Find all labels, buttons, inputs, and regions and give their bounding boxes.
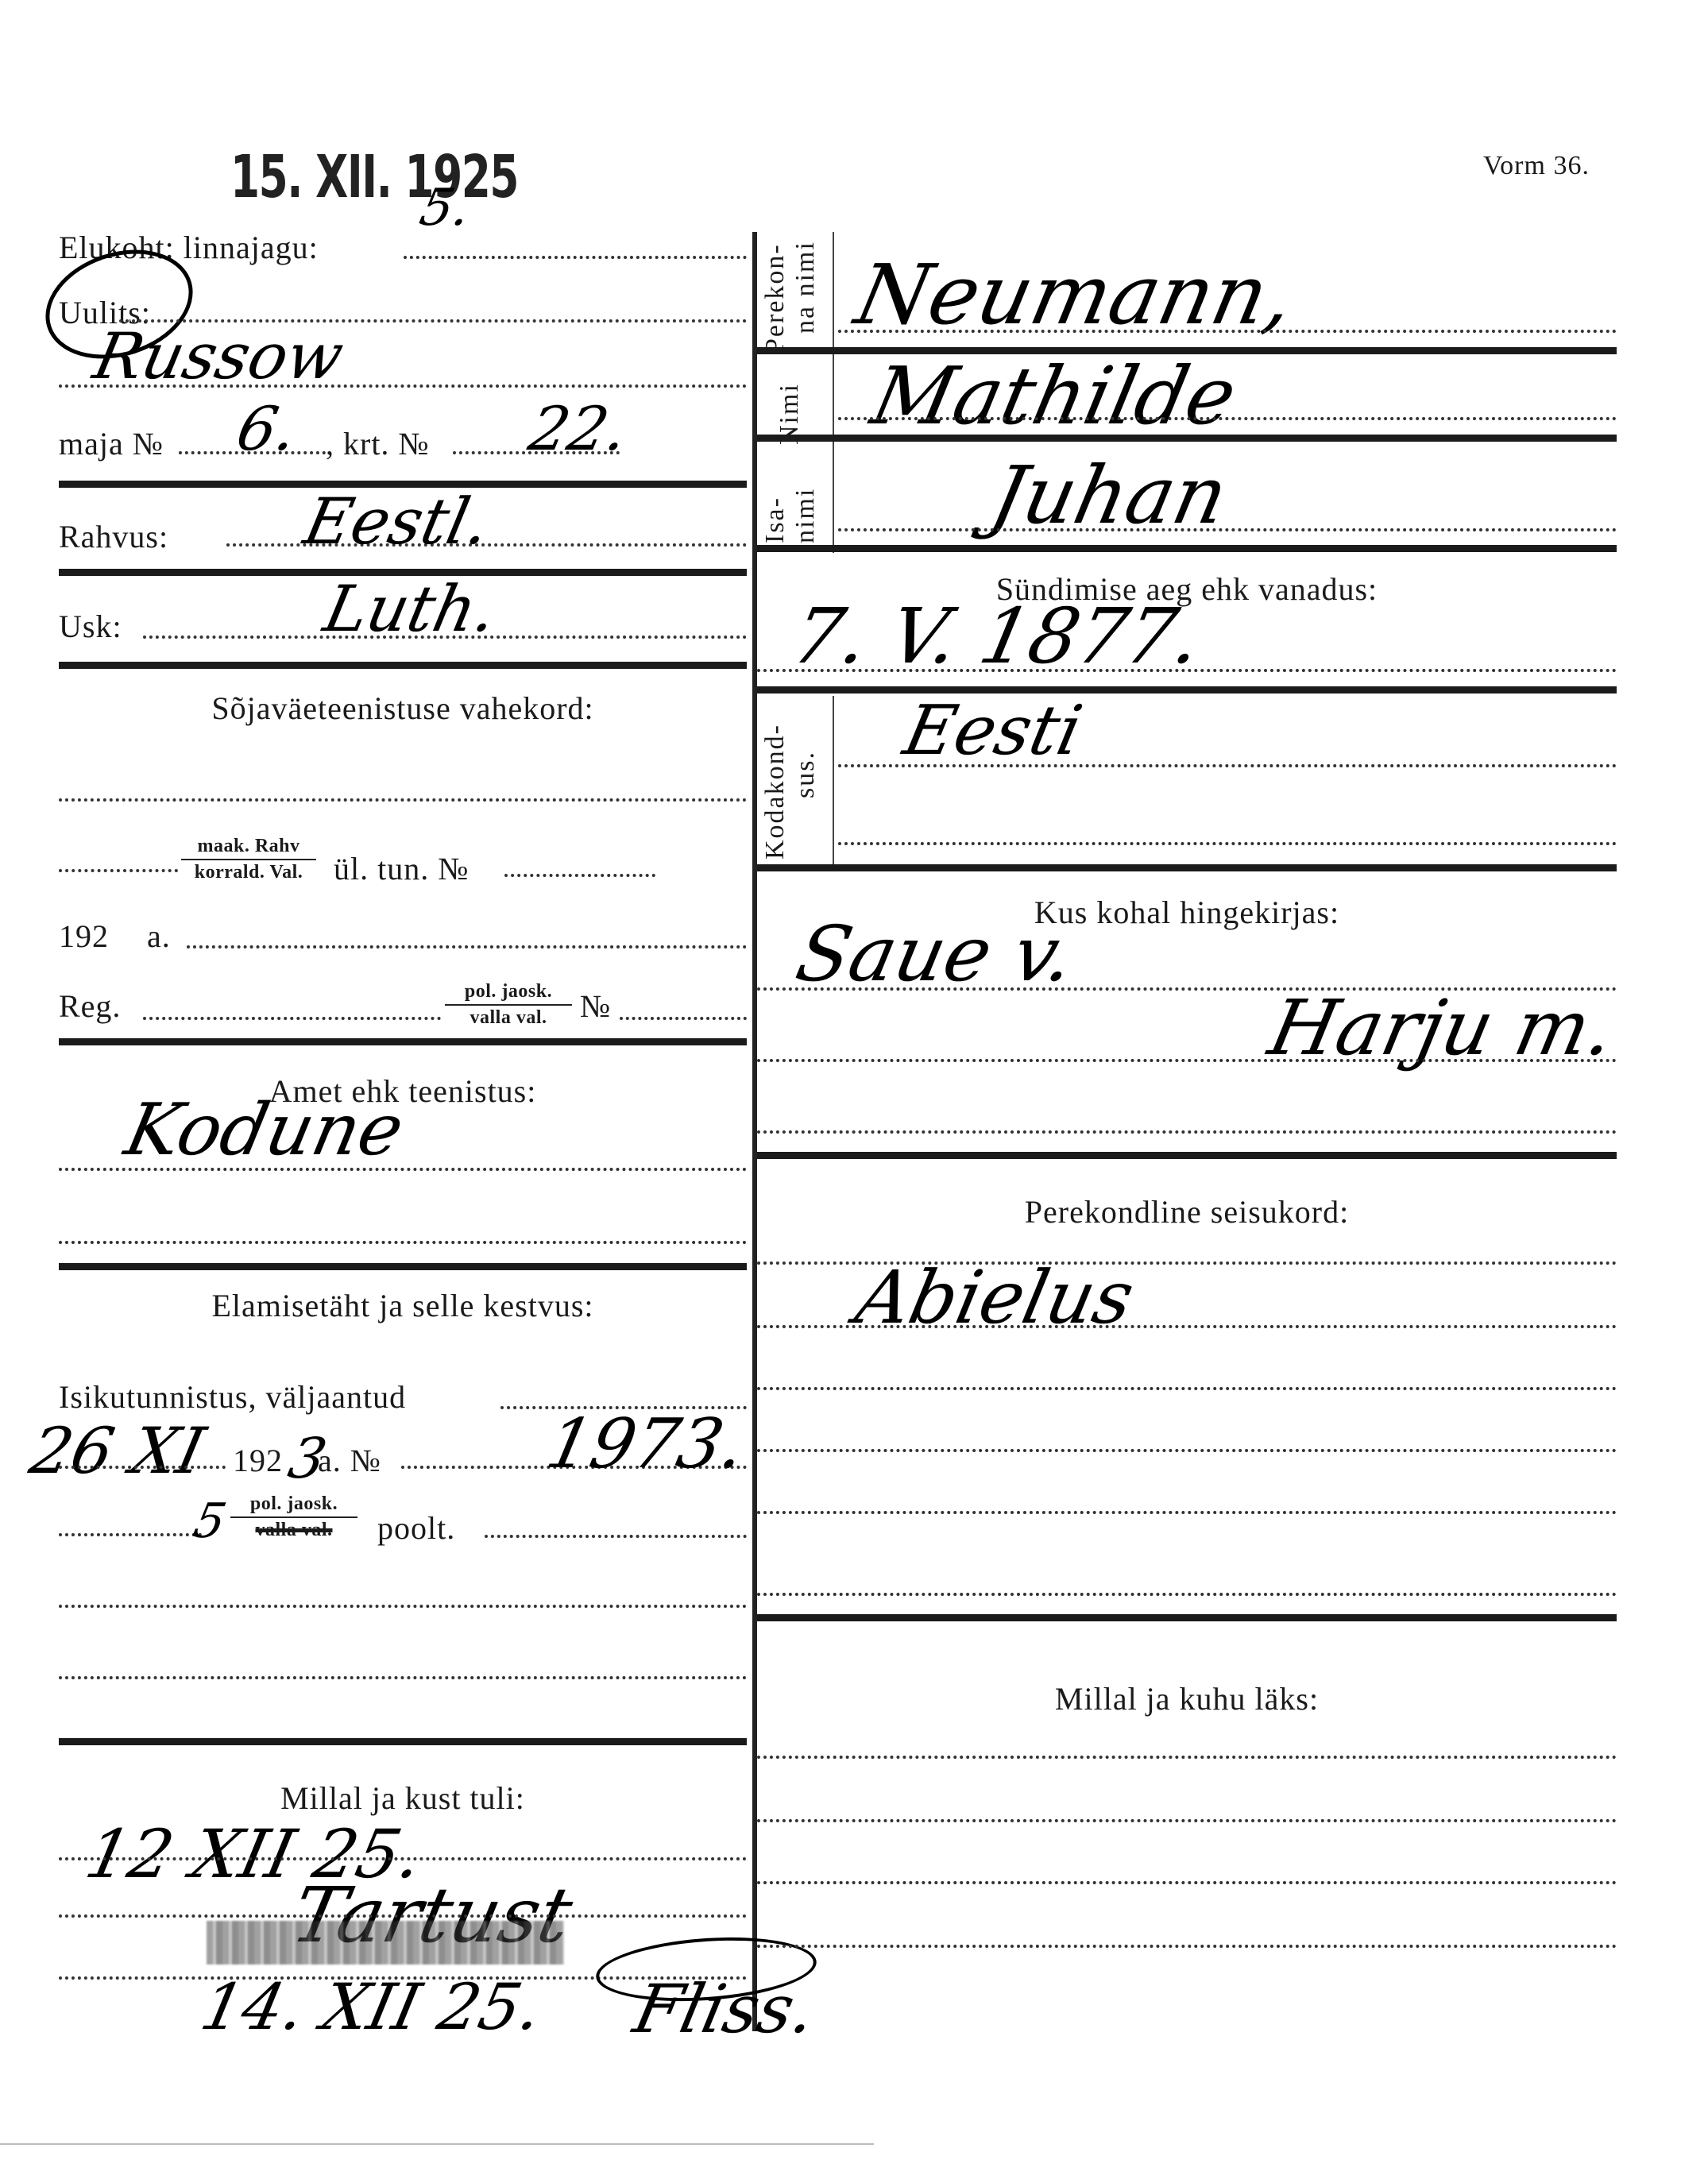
label-perekonnanimi-1: Perekon-: [760, 243, 790, 354]
elukoht-line: [404, 256, 747, 259]
heading-elamiseluba: Elamisetäht ja selle kestvus:: [59, 1287, 747, 1324]
fraction-maak-korrald: maak. Rahv korrald. Val.: [181, 836, 316, 883]
hingekiri-line-3: [757, 1130, 1617, 1134]
poolt-line: [485, 1535, 747, 1538]
military-line: [59, 798, 747, 802]
issuer-line: [59, 1533, 202, 1536]
section-rule: [757, 1152, 1617, 1159]
label-maja: maja №: [59, 425, 164, 462]
page-bottom-edge: [0, 2143, 874, 2145]
amet-line: [59, 1168, 747, 1171]
arrival-line-2: [59, 1914, 747, 1918]
section-rule: [59, 1263, 747, 1270]
label-perekonnanimi-2: na nimi: [790, 241, 821, 334]
year-line: [187, 945, 747, 948]
label-kodakondsus-1: Kodakond-: [760, 724, 790, 860]
heading-arrival: Millal ja kust tuli:: [59, 1779, 747, 1817]
label-id-year-suffix: a. №: [318, 1442, 381, 1479]
amet-line-2: [59, 1241, 747, 1244]
label-isikutunnistus: Isikutunnistus, väljaantud: [59, 1378, 406, 1416]
perekonnaseis-line-2: [757, 1325, 1617, 1328]
label-krt: , krt. №: [326, 425, 430, 462]
elamiseluba-line-2: [59, 1676, 747, 1679]
value-hingekiri-1: Saue v.: [789, 910, 1082, 999]
perekonnaseis-line-6: [757, 1593, 1617, 1596]
value-kodakondsus: Eesti: [897, 691, 1088, 771]
kodakondsus-line: [838, 764, 1617, 767]
elamiseluba-line: [59, 1605, 747, 1608]
arrival-line: [59, 1857, 747, 1860]
label-isanimi-2: nimi: [790, 488, 821, 543]
military-line-short: [59, 869, 178, 872]
label-isanimi-1: Isa-: [760, 496, 790, 543]
label-no: №: [580, 987, 611, 1025]
value-birth: 7. V. 1877.: [785, 592, 1209, 681]
ul-tun-line: [504, 874, 655, 877]
section-rule: [757, 545, 1617, 552]
section-rule: [59, 662, 747, 669]
reg-no-line: [620, 1017, 747, 1020]
value-nimi: Mathilde: [864, 350, 1245, 442]
perekonnaseis-line-3: [757, 1387, 1617, 1390]
id-date-line: [59, 1466, 226, 1469]
value-usk: Luth.: [318, 572, 504, 646]
label-kodakondsus-2: sus.: [790, 751, 821, 798]
frac-top: maak. Rahv: [181, 836, 316, 860]
label-column-divider: [833, 696, 834, 867]
section-rule: [757, 435, 1617, 442]
section-rule: [757, 864, 1617, 871]
reg-line: [143, 1017, 441, 1020]
label-usk: Usk:: [59, 608, 122, 645]
label-column-divider: [833, 232, 834, 553]
isanimi-line: [838, 528, 1617, 531]
frac-bottom: korrald. Val.: [181, 860, 316, 883]
label-year-suffix: a.: [147, 918, 171, 955]
value-registered-date: 14. XII 25.: [195, 1970, 548, 2044]
section-rule: [757, 686, 1617, 693]
heading-military: Sõjaväeteenistuse vahekord:: [59, 690, 747, 727]
value-rahvus: Eestl.: [298, 485, 497, 558]
label-ul-tun: ül. tun. №: [334, 850, 469, 887]
label-poolt: poolt.: [377, 1509, 455, 1547]
nimi-line: [838, 417, 1617, 420]
fraction-pol-valla: pol. jaosk. valla val.: [445, 981, 572, 1029]
heading-perekonnaseis: Perekondline seisukord:: [757, 1193, 1617, 1231]
value-issuer: 5: [189, 1493, 231, 1549]
registration-stamp-smudge: [207, 1921, 564, 1965]
departure-line-2: [757, 1819, 1617, 1822]
section-rule: [59, 1738, 747, 1745]
label-id-year-prefix: 192: [233, 1442, 283, 1479]
frac-top: pol. jaosk.: [230, 1493, 357, 1518]
perekonnaseis-line-4: [757, 1449, 1617, 1452]
value-uulits: Russow: [87, 319, 350, 393]
departure-line: [757, 1756, 1617, 1759]
frac-bottom: valla val.: [445, 1006, 572, 1029]
perekonnanimi-line: [838, 330, 1617, 333]
label-year: 192: [59, 918, 109, 955]
value-amet: Kodune: [118, 1088, 411, 1172]
value-perekonnanimi: Neumann,: [848, 246, 1303, 343]
perekonnaseis-line-5: [757, 1511, 1617, 1514]
label-rahvus: Rahvus:: [59, 518, 168, 555]
frac-top: pol. jaosk.: [445, 981, 572, 1006]
frac-bottom-struck: valla val.: [230, 1518, 357, 1541]
fraction-issuer: pol. jaosk. valla val.: [230, 1493, 357, 1541]
departure-line-4: [757, 1945, 1617, 1948]
date-stamp: 15. XII. 1925: [230, 143, 518, 211]
departure-line-3: [757, 1881, 1617, 1884]
hingekiri-line-2: [757, 1059, 1617, 1062]
form-number: Vorm 36.: [1483, 151, 1590, 181]
heading-departure: Millal ja kuhu läks:: [757, 1680, 1617, 1717]
value-id-date: 26 XI: [24, 1414, 211, 1488]
section-rule: [757, 1614, 1617, 1621]
value-krt: 22.: [524, 393, 635, 464]
value-id-number: 1973.: [539, 1404, 752, 1484]
kodakondsus-line-2: [838, 842, 1617, 845]
section-rule: [59, 1038, 747, 1045]
birth-line: [757, 669, 1617, 672]
label-reg: Reg.: [59, 987, 121, 1025]
uulits-line-2: [59, 384, 747, 388]
